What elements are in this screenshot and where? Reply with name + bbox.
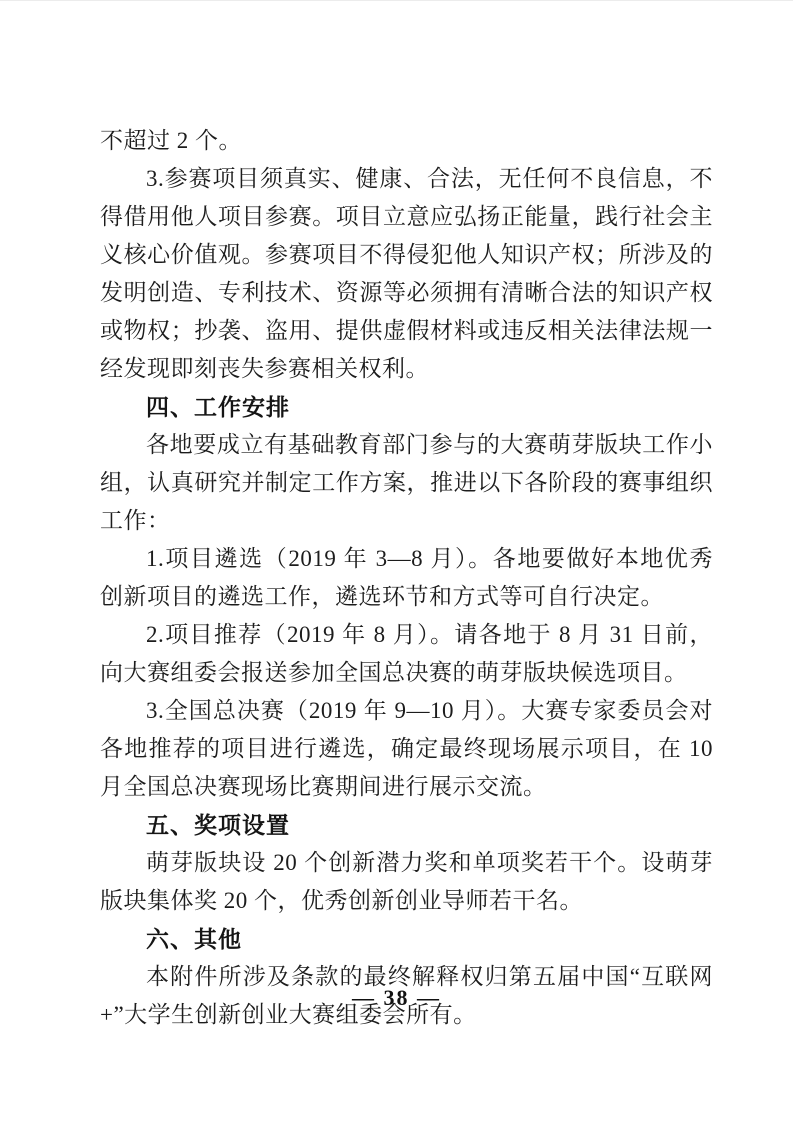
paragraph-awards-detail: 萌芽版块设 20 个创新潜力奖和单项奖若干个。设萌芽版块集体奖 20 个，优秀创… bbox=[100, 844, 713, 920]
document-body: 不超过 2 个。 3.参赛项目须真实、健康、合法，无任何不良信息，不得借用他人项… bbox=[100, 122, 713, 1034]
paragraph-work-intro: 各地要成立有基础教育部门参与的大赛萌芽版块工作小组，认真研究并制定工作方案，推进… bbox=[100, 426, 713, 540]
paragraph-continuation: 不超过 2 个。 bbox=[100, 122, 713, 160]
section-heading-other: 六、其他 bbox=[100, 920, 713, 958]
page-number: — 38 — bbox=[0, 985, 793, 1011]
section-heading-awards: 五、奖项设置 bbox=[100, 806, 713, 844]
section-heading-work-arrangement: 四、工作安排 bbox=[100, 388, 713, 426]
document-page: 不超过 2 个。 3.参赛项目须真实、健康、合法，无任何不良信息，不得借用他人项… bbox=[0, 0, 793, 1122]
paragraph-stage-3-national-final: 3.全国总决赛（2019 年 9—10 月）。大赛专家委员会对各地推荐的项目进行… bbox=[100, 692, 713, 806]
paragraph-stage-1-selection: 1.项目遴选（2019 年 3—8 月）。各地要做好本地优秀创新项目的遴选工作，… bbox=[100, 540, 713, 616]
paragraph-item-3: 3.参赛项目须真实、健康、合法，无任何不良信息，不得借用他人项目参赛。项目立意应… bbox=[100, 160, 713, 388]
paragraph-stage-2-recommendation: 2.项目推荐（2019 年 8 月）。请各地于 8 月 31 日前，向大赛组委会… bbox=[100, 616, 713, 692]
